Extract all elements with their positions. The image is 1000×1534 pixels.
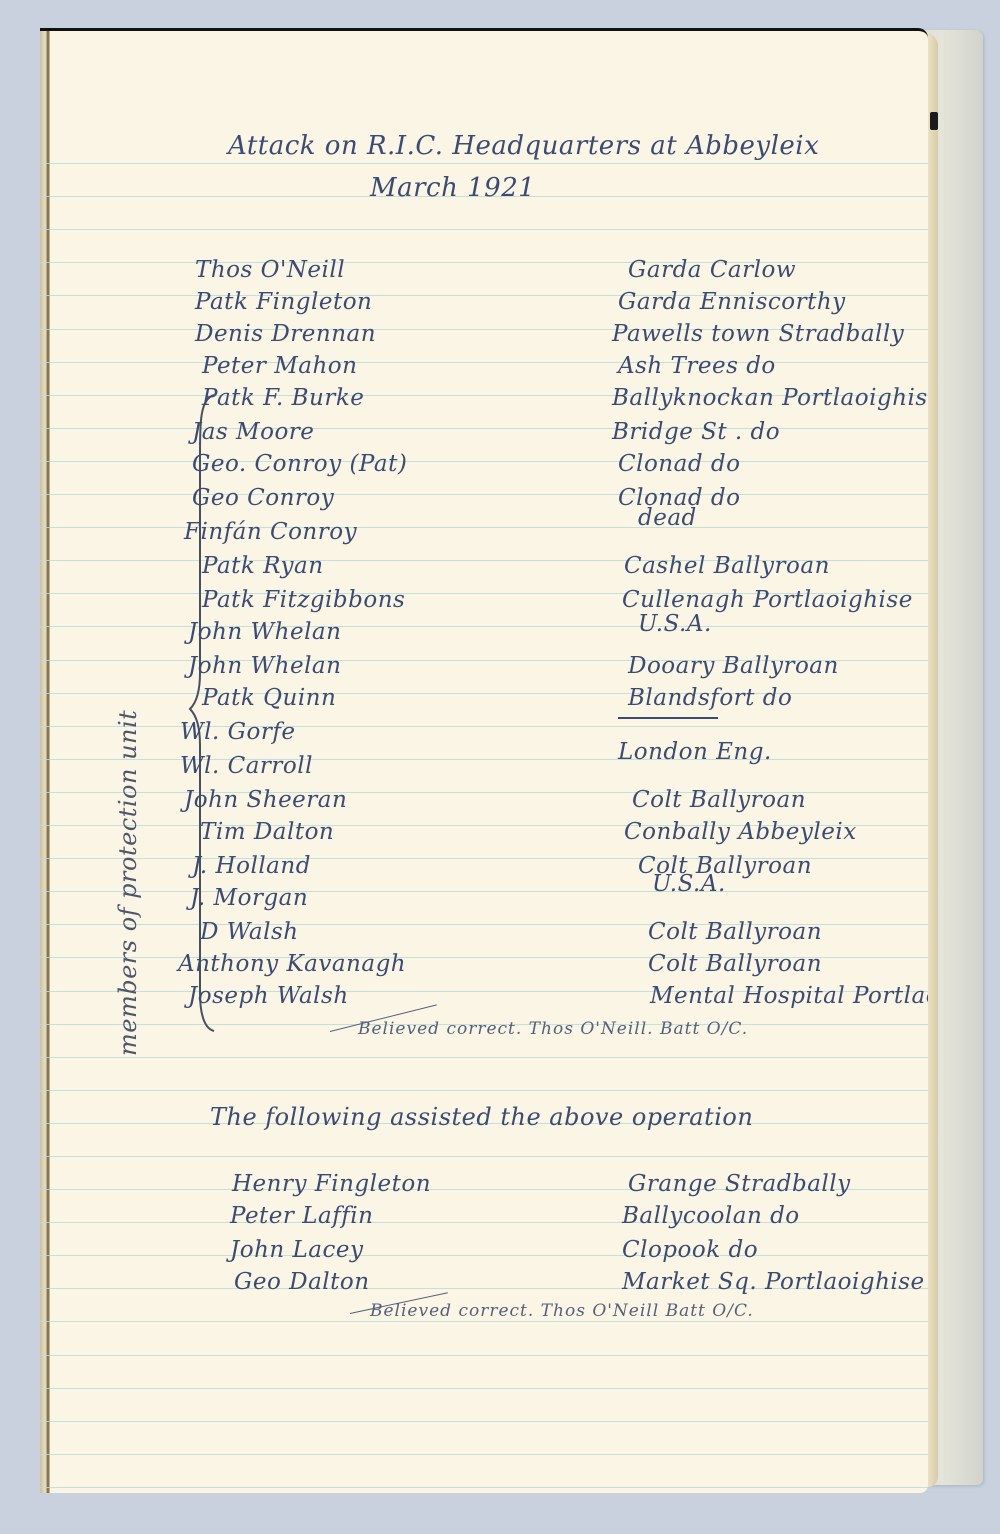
member-location: U.S.A. bbox=[652, 871, 726, 897]
member-name: John Whelan bbox=[188, 653, 341, 679]
member-location: Conbally Abbeyleix bbox=[624, 819, 857, 845]
member-name: Patk Fingleton bbox=[195, 289, 372, 315]
member-location: Colt Ballyroan bbox=[632, 787, 806, 813]
member-location: Garda Carlow bbox=[628, 257, 796, 283]
ruled-line bbox=[40, 428, 928, 429]
member-location: Dooary Ballyroan bbox=[628, 653, 839, 679]
member-location: London Eng. bbox=[618, 739, 772, 765]
ruled-line bbox=[40, 527, 928, 528]
ruled-line bbox=[40, 1421, 928, 1422]
ruled-line bbox=[40, 1321, 928, 1322]
ruled-line bbox=[40, 759, 928, 760]
ruled-line bbox=[40, 891, 928, 892]
page-gutter bbox=[40, 31, 50, 1493]
member-name: J. Holland bbox=[192, 853, 311, 879]
ruled-line bbox=[40, 1057, 928, 1058]
member-location: Cashel Ballyroan bbox=[624, 553, 830, 579]
member-name: Geo. Conroy (Pat) bbox=[192, 451, 407, 477]
member-location: U.S.A. bbox=[638, 611, 712, 637]
member-location: Bridge St . do bbox=[612, 419, 780, 445]
member-location: Pawells town Stradbally bbox=[612, 321, 904, 347]
ruled-line bbox=[40, 626, 928, 627]
binder-clip bbox=[930, 112, 938, 130]
member-location: Blandsfort do bbox=[628, 685, 792, 711]
member-location: Mental Hospital Portlaoighise bbox=[650, 983, 928, 1009]
member-name: Patk Quinn bbox=[202, 685, 336, 711]
page-title: Attack on R.I.C. Headquarters at Abbeyle… bbox=[228, 131, 819, 161]
ruled-line bbox=[40, 494, 928, 495]
assistant-location: Clopook do bbox=[622, 1237, 758, 1263]
member-name: Joseph Walsh bbox=[188, 983, 349, 1009]
assistant-location: Grange Stradbally bbox=[628, 1171, 851, 1197]
member-name: Patk Fitzgibbons bbox=[202, 587, 405, 613]
assistant-name: Geo Dalton bbox=[234, 1269, 370, 1295]
member-name: John Sheeran bbox=[184, 787, 347, 813]
member-location: Colt Ballyroan bbox=[648, 951, 822, 977]
member-location: Clonad do bbox=[618, 451, 740, 477]
ruled-line bbox=[40, 461, 928, 462]
ruled-line bbox=[40, 1388, 928, 1389]
signoff-1: Believed correct. Thos O'Neill. Batt O/C… bbox=[358, 1019, 748, 1039]
assistant-name: John Lacey bbox=[230, 1237, 363, 1263]
signoff-2: Believed correct. Thos O'Neill Batt O/C. bbox=[370, 1301, 754, 1321]
member-name: Denis Drennan bbox=[195, 321, 376, 347]
member-location: Cullenagh Portlaoighise bbox=[622, 587, 913, 613]
member-location: Garda Enniscorthy bbox=[618, 289, 846, 315]
page-subtitle-date: March 1921 bbox=[370, 173, 535, 203]
ruled-line bbox=[40, 1090, 928, 1091]
member-name: Tim Dalton bbox=[200, 819, 334, 845]
assistant-name: Peter Laffin bbox=[230, 1203, 373, 1229]
side-note-protection-unit: members of protection unit bbox=[114, 710, 142, 1056]
member-name: J. Morgan bbox=[190, 885, 308, 911]
ruled-line bbox=[40, 1156, 928, 1157]
ruled-line bbox=[40, 163, 928, 164]
member-location: Ballyknockan Portlaoighise bbox=[612, 385, 928, 411]
member-name: Finfán Conroy bbox=[184, 519, 357, 545]
member-name: Anthony Kavanagh bbox=[178, 951, 406, 977]
member-name: Patk F. Burke bbox=[202, 385, 364, 411]
ruled-line bbox=[40, 726, 928, 727]
notebook-page: Attack on R.I.C. Headquarters at Abbeyle… bbox=[40, 28, 928, 1493]
ruled-line bbox=[40, 693, 928, 694]
assistant-name: Henry Fingleton bbox=[232, 1171, 431, 1197]
assistant-location: Ballycoolan do bbox=[622, 1203, 800, 1229]
ruled-line bbox=[40, 1255, 928, 1256]
member-name: Peter Mahon bbox=[202, 353, 357, 379]
member-name: D Walsh bbox=[200, 919, 299, 945]
member-name: Geo Conroy bbox=[192, 485, 334, 511]
member-location: Colt Ballyroan bbox=[648, 919, 822, 945]
ruled-line bbox=[40, 1487, 928, 1488]
section-2-heading: The following assisted the above operati… bbox=[210, 1103, 753, 1131]
member-name: Patk Ryan bbox=[202, 553, 324, 579]
member-name: John Whelan bbox=[188, 619, 341, 645]
ruled-line bbox=[40, 362, 928, 363]
member-name: Wl. Gorfe bbox=[180, 719, 295, 745]
ruled-line bbox=[40, 1355, 928, 1356]
member-name: Wl. Carroll bbox=[180, 753, 313, 779]
member-name: Thos O'Neill bbox=[195, 257, 345, 283]
member-location: dead bbox=[638, 505, 697, 531]
ruled-line bbox=[40, 1454, 928, 1455]
ruled-line bbox=[40, 229, 928, 230]
member-location: Ash Trees do bbox=[618, 353, 776, 379]
blandsfort-underline bbox=[618, 717, 718, 719]
assistant-location: Market Sq. Portlaoighise bbox=[622, 1269, 925, 1295]
member-name: Jas Moore bbox=[192, 419, 314, 445]
